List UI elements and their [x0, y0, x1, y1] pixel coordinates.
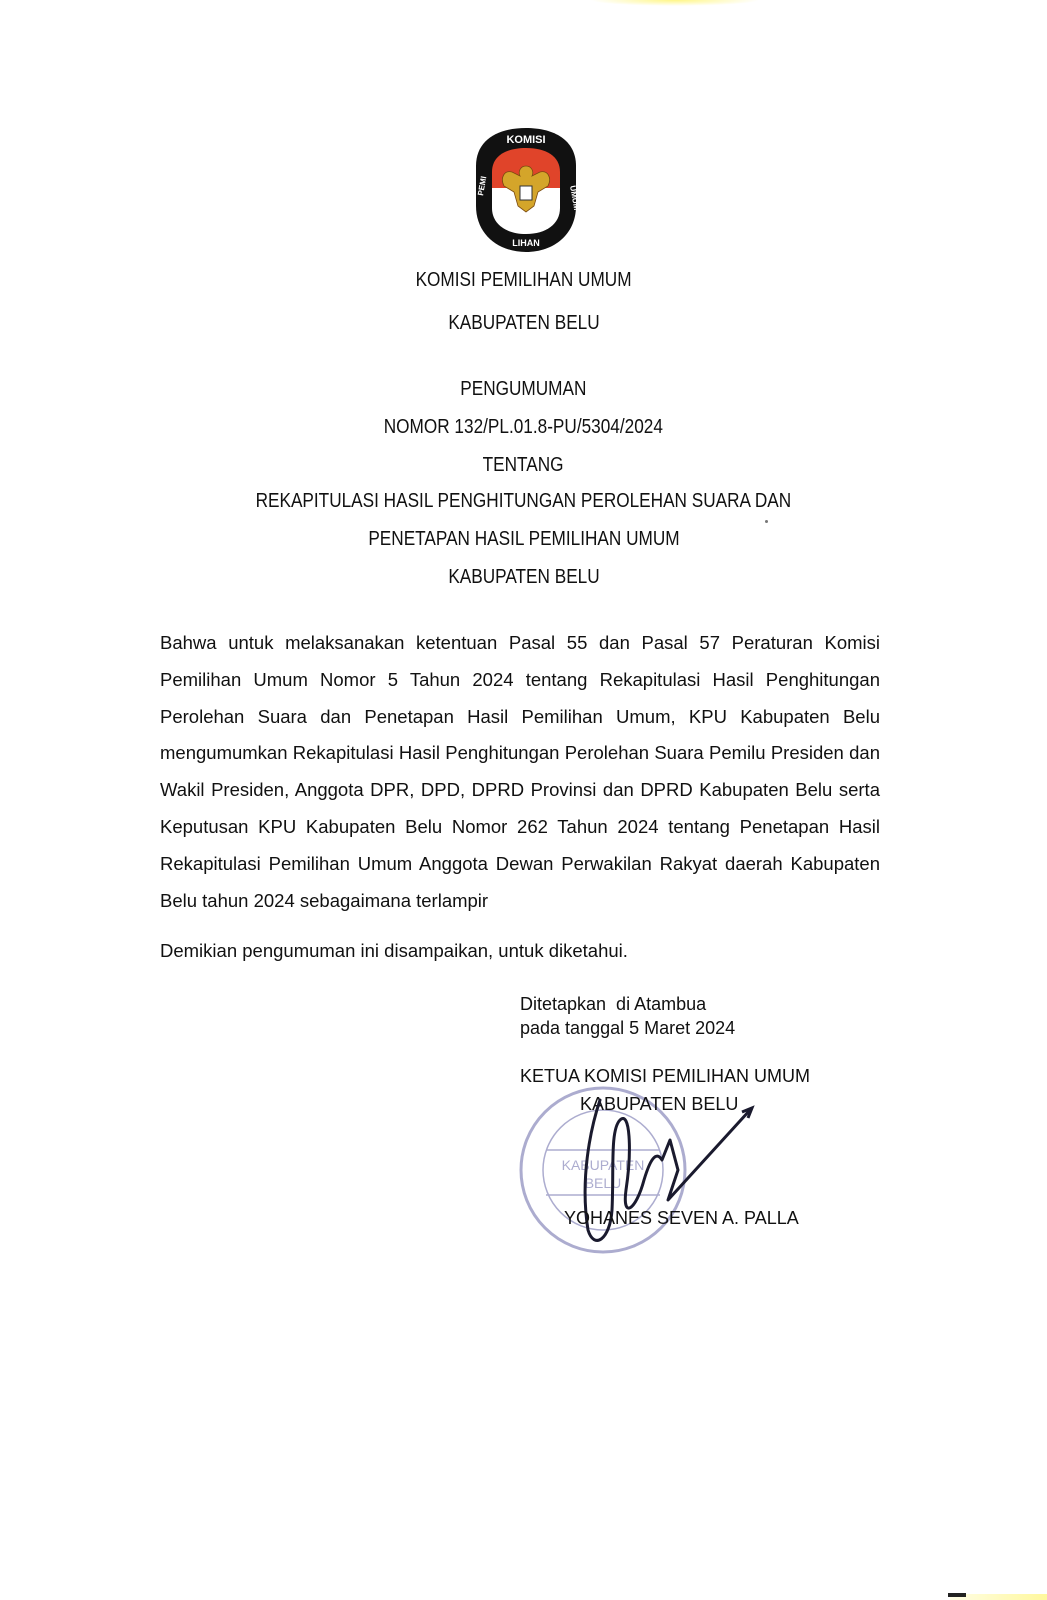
svg-text:LIHAN: LIHAN	[512, 238, 540, 248]
signature-place: Ditetapkan di Atambua	[520, 992, 735, 1016]
body-paragraph: Bahwa untuk melaksanakan ketentuan Pasal…	[160, 625, 880, 919]
signature-date: pada tanggal 5 Maret 2024	[520, 1016, 735, 1040]
document-number: NOMOR 132/PL.01.8-PU/5304/2024	[0, 416, 1047, 439]
document-subject-line1: REKAPITULASI HASIL PENGHITUNGAN PEROLEHA…	[0, 490, 1047, 513]
document-about: TENTANG	[0, 454, 1047, 477]
institution-region: KABUPATEN BELU	[0, 312, 1047, 335]
kpu-logo-icon: KOMISI LIHAN PEMI UMUM	[474, 126, 578, 254]
signatory-name: YOHANES SEVEN A. PALLA	[564, 1208, 799, 1229]
closing-sentence: Demikian pengumuman ini disampaikan, unt…	[160, 940, 628, 962]
institution-name: KOMISI PEMILIHAN UMUM	[0, 269, 1047, 292]
scan-artifact-top	[590, 0, 760, 6]
scan-edge-mark	[948, 1593, 966, 1597]
document-type: PENGUMUMAN	[0, 378, 1047, 401]
svg-text:KOMISI: KOMISI	[506, 134, 545, 146]
scan-speck	[765, 520, 768, 523]
document-subject-line2: PENETAPAN HASIL PEMILIHAN UMUM	[0, 528, 1047, 551]
signatory-position-line1: KETUA KOMISI PEMILIHAN UMUM	[520, 1066, 810, 1087]
document-subject-line3: KABUPATEN BELU	[0, 566, 1047, 589]
signature-place-date: Ditetapkan di Atambua pada tanggal 5 Mar…	[520, 992, 735, 1040]
